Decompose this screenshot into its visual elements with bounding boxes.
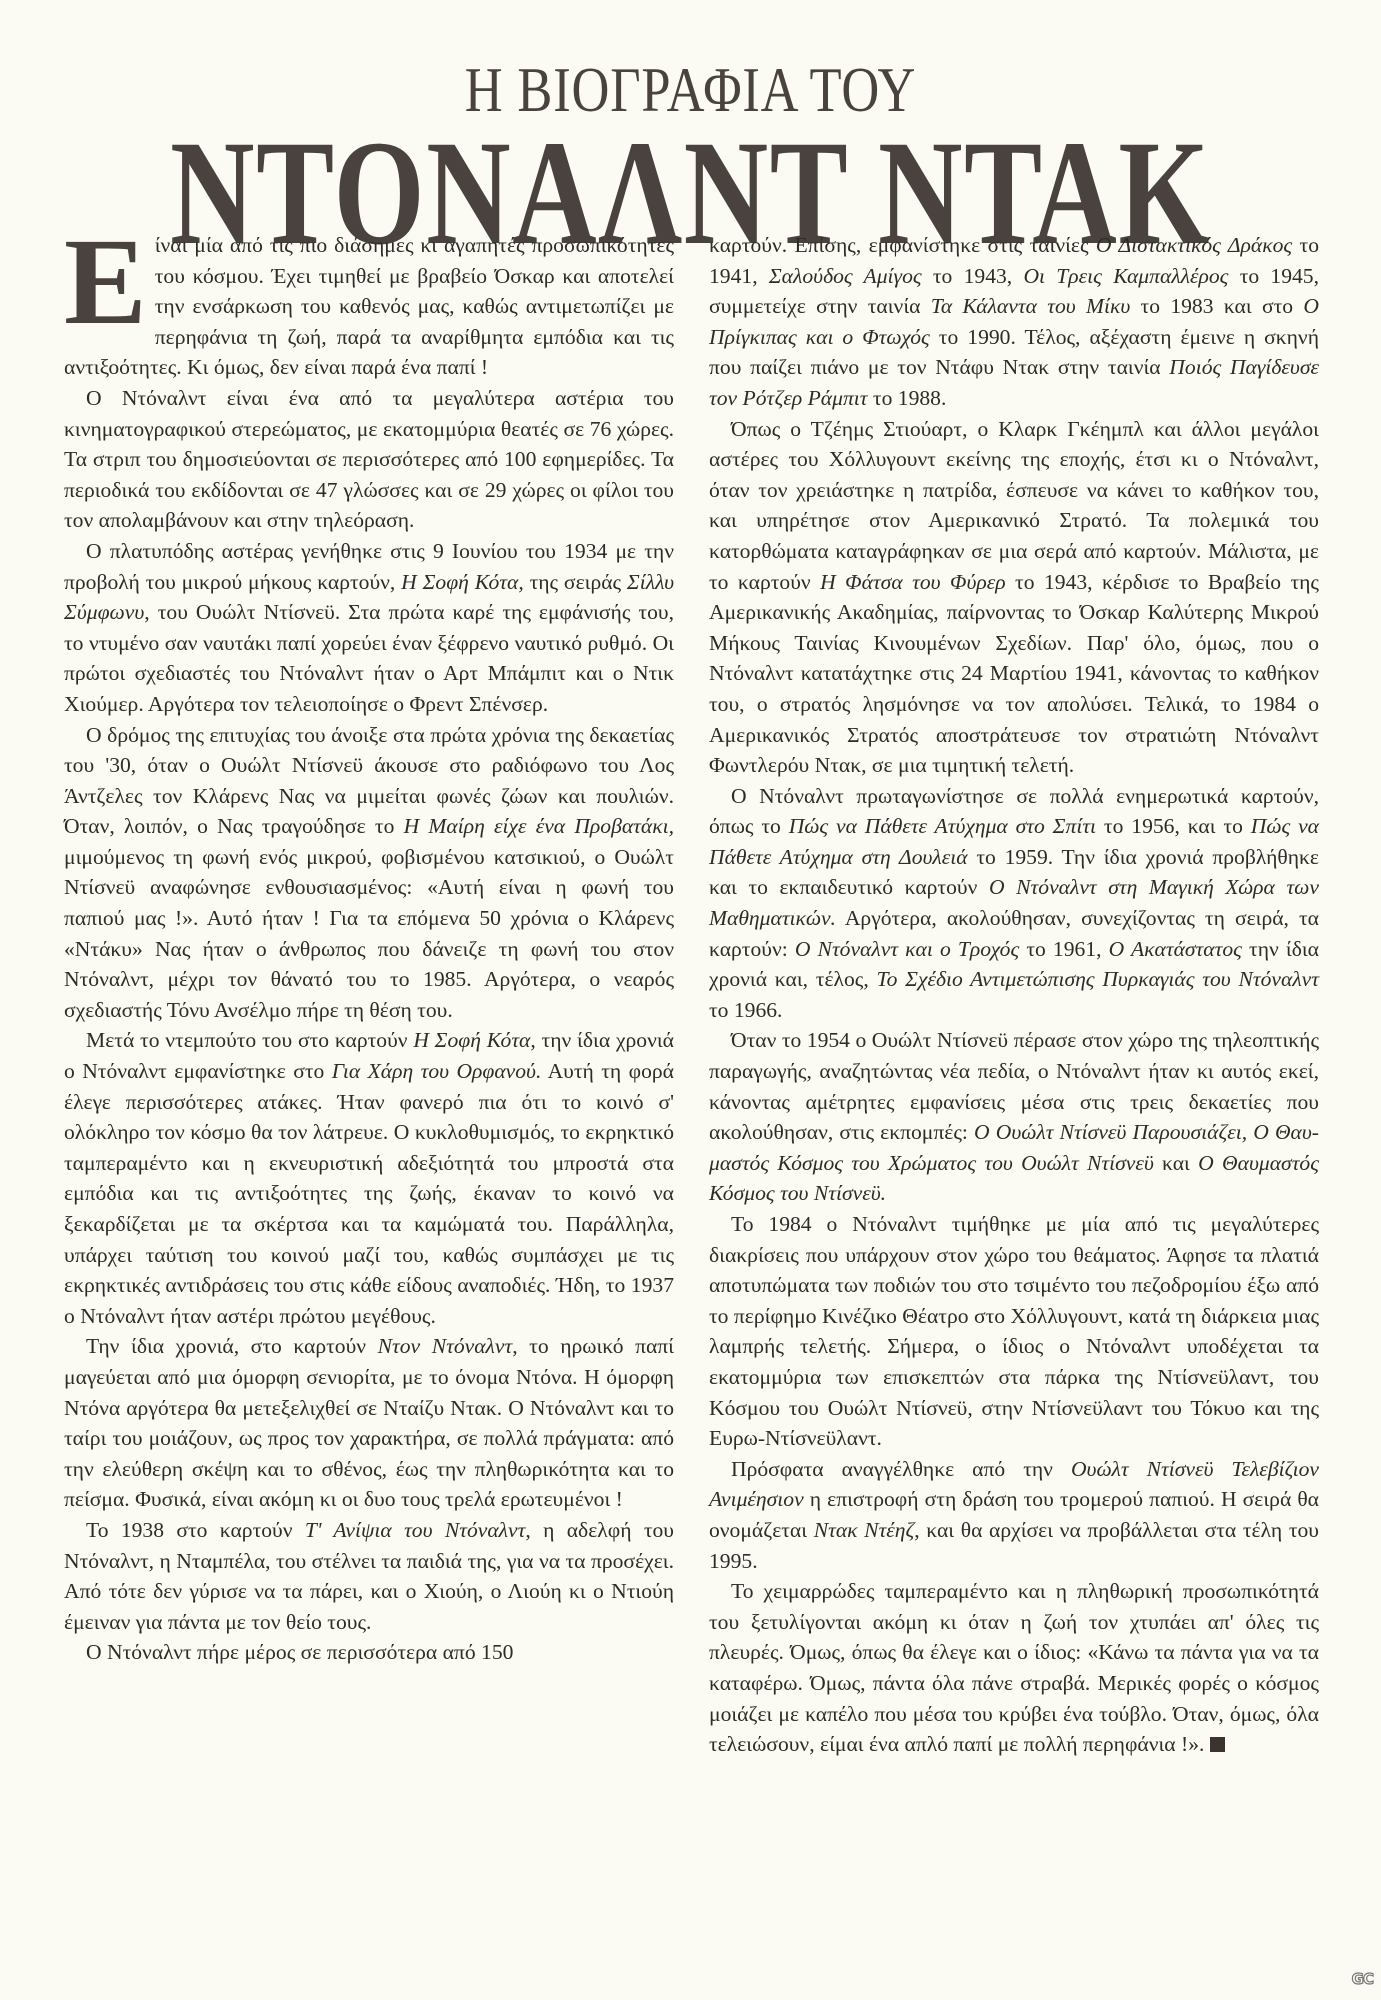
title-reference: Ντακ Ντέηζ bbox=[814, 1518, 915, 1542]
text-run: Την ίδια χρονιά, στο καρτούν bbox=[86, 1334, 378, 1358]
text-run: Το 1984 ο Ντόναλντ τιμήθηκε με μία από τ… bbox=[709, 1212, 1319, 1450]
title-reference: Η Σοφή Κότα, bbox=[413, 1028, 535, 1052]
paragraph: Το χειμαρρώδες ταμπεραμέντο και η πληθωρ… bbox=[709, 1576, 1319, 1760]
paragraph: Ο πλατυπόδης αστέρας γενήθηκε στις 9 Ιου… bbox=[64, 536, 674, 720]
text-run: ίναι μία από τις πιο διάσημες κι αγαπητέ… bbox=[64, 233, 674, 379]
paragraph: Όταν το 1954 ο Ουώλτ Ντίσνεϋ πέρασε στον… bbox=[709, 1025, 1319, 1209]
text-run: Μετά το ντεμπούτο του στο καρτούν bbox=[86, 1028, 413, 1052]
title-reference: Ο Ακα­τάστατος bbox=[1109, 937, 1242, 961]
text-run: Πρόσφατα αναγγέλθηκε από την bbox=[731, 1457, 1071, 1481]
text-run: το 1988. bbox=[868, 386, 947, 410]
text-run: και bbox=[1154, 1151, 1198, 1175]
title-reference: Ο Ντόναλντ και ο Τροχός bbox=[795, 937, 1019, 961]
text-run: Αυτή τη φορά έλεγε περισσότερες ατά­κες.… bbox=[64, 1059, 674, 1328]
drop-cap: Ε bbox=[64, 236, 147, 328]
text-run: το 1983 και στο bbox=[1130, 294, 1303, 318]
title-reference: Ο Διστακτι­κός Δράκος bbox=[1096, 233, 1292, 257]
paragraph: Την ίδια χρονιά, στο καρτούν Ντον Ντόναλ… bbox=[64, 1331, 674, 1515]
text-run: της σειράς bbox=[524, 570, 627, 594]
text-run: Το 1938 στο καρτούν bbox=[86, 1518, 305, 1542]
article-body: Είναι μία από τις πιο διάσημες κι αγαπητ… bbox=[64, 230, 1319, 1760]
article-header: Η ΒΙΟΓΡΑΦΙΑ ΤΟΥ ΝΤΟΝΑΛΝΤ ΝΤΑΚ bbox=[0, 58, 1381, 258]
right-column: καρτούν. Επίσης, εμφανίστηκε στις ταινίε… bbox=[709, 230, 1319, 1760]
text-run: Το χειμαρρώδες ταμπεραμέντο και η πληθωρ… bbox=[709, 1579, 1319, 1756]
text-run: Ο Ντόναλντ πήρε μέρος σε περισσότερα από… bbox=[86, 1640, 513, 1664]
paragraph: Ο Ντόναλντ είναι ένα από τα μεγαλύτερα α… bbox=[64, 383, 674, 536]
text-run: το 1956, και το bbox=[1096, 814, 1251, 838]
text-run: , το η­ρωικό παπί μαγεύεται από μια όμορ… bbox=[64, 1334, 674, 1511]
text-run: , του Ουώλτ Ντί­σνεϋ. Στα πρώτα καρέ της… bbox=[64, 600, 674, 716]
corner-logo-mark: GC bbox=[1352, 1970, 1373, 1988]
text-run: το 1966. bbox=[709, 998, 782, 1022]
paragraph: Ο δρόμος της επιτυχίας του άνοιξε στα πρ… bbox=[64, 720, 674, 1026]
paragraph: Πρόσφατα αναγγέλθηκε από την Ουώλτ Ντίσν… bbox=[709, 1454, 1319, 1576]
paragraph: καρτούν. Επίσης, εμφανίστηκε στις ταινίε… bbox=[709, 230, 1319, 414]
title-reference: Η Μαίρη είχε ένα Προβατάκι, bbox=[404, 814, 674, 838]
title-reference: Για Χάρη του Ορφανού. bbox=[332, 1059, 542, 1083]
text-run: το 1943, κέρδισε το Βραβείο της Αμερικαν… bbox=[709, 570, 1319, 778]
title-reference: Οι Τρεις Καμπαλλέρος bbox=[1023, 264, 1228, 288]
text-run: το 1961, bbox=[1019, 937, 1108, 961]
end-of-article-square-icon bbox=[1210, 1737, 1225, 1752]
title-reference: Ντον Ντόναλντ bbox=[378, 1334, 513, 1358]
paragraph: Ο Ντόναλντ πρωταγωνίστησε σε πολλά ενημε… bbox=[709, 781, 1319, 1026]
title-reference: Πώς να Πάθετε Ατύχημα στο Σπίτι bbox=[789, 814, 1096, 838]
title-reference: Η Φάτσα του Φύρερ bbox=[820, 570, 1005, 594]
left-column: Είναι μία από τις πιο διάσημες κι αγαπητ… bbox=[64, 230, 674, 1760]
title-reference: Το Σχέδιο Αντιμε­τώπισης Πυρκαγιάς του Ν… bbox=[877, 967, 1319, 991]
text-run: καρτούν. Επίσης, εμφανίστηκε στις ταινίε… bbox=[709, 233, 1096, 257]
title-reference: Τα Κάλαντα του Μίκυ bbox=[931, 294, 1130, 318]
paragraph: Το 1984 ο Ντόναλντ τιμήθηκε με μία από τ… bbox=[709, 1209, 1319, 1454]
paragraph: Ο Ντόναλντ πήρε μέρος σε περισσότερα από… bbox=[64, 1637, 674, 1668]
paragraph: Το 1938 στο καρτούν Τ' Ανίψια του Ντόναλ… bbox=[64, 1515, 674, 1637]
text-run: μιμούμε­νος τη φωνή ενός μικρού, φοβισμέ… bbox=[64, 845, 674, 1022]
paragraph: Είναι μία από τις πιο διάσημες κι αγαπητ… bbox=[64, 230, 674, 383]
paragraph: Όπως ο Τζέημς Στιούαρτ, ο Κλαρκ Γκέημπλ … bbox=[709, 414, 1319, 781]
text-run: Ο Ντόναλντ είναι ένα από τα μεγαλύτερα α… bbox=[64, 386, 674, 532]
title-reference: Τ' Ανίψια του Ντόναλντ bbox=[305, 1518, 526, 1542]
paragraph: Μετά το ντεμπούτο του στο καρτούν Η Σοφή… bbox=[64, 1025, 674, 1331]
text-run: Όπως ο Τζέημς Στιούαρτ, ο Κλαρκ Γκέημπλ … bbox=[709, 417, 1319, 594]
title-reference: Η Σο­φή Κότα, bbox=[401, 570, 524, 594]
title-reference: Σαλούδος Αμίγος bbox=[769, 264, 922, 288]
text-run: το 1943, bbox=[922, 264, 1024, 288]
